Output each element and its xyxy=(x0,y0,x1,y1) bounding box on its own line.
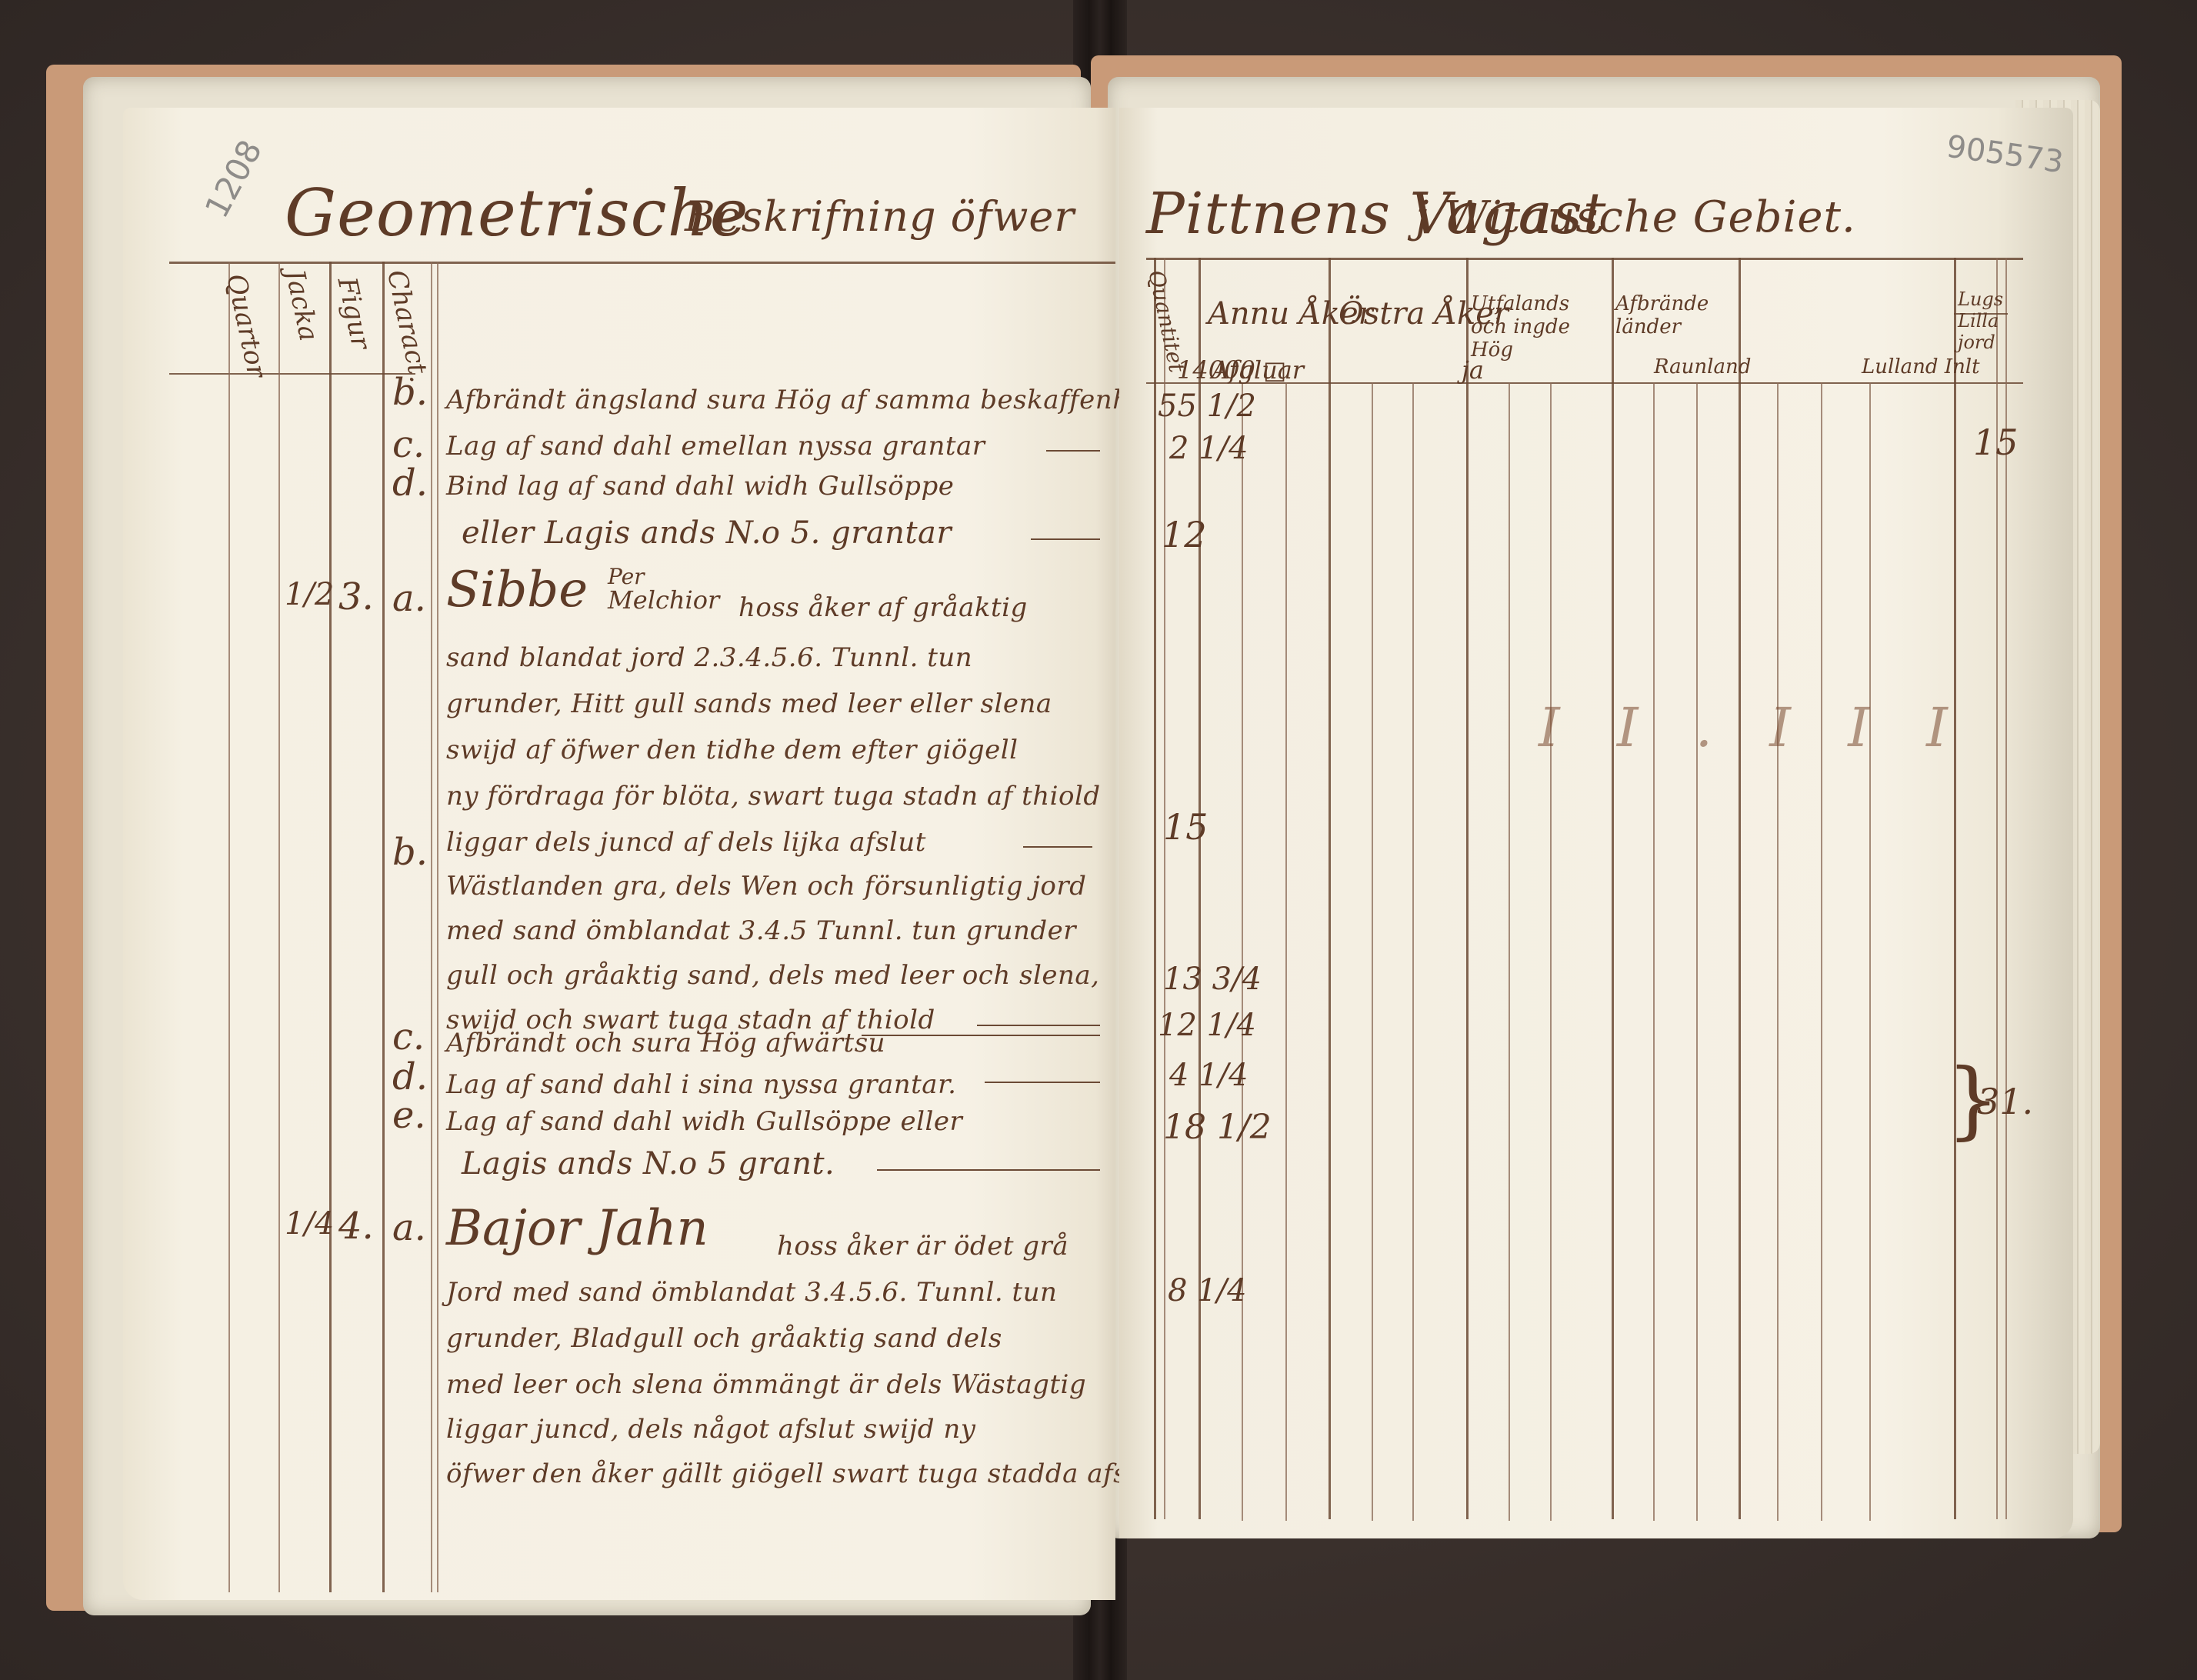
entry-text-line: med leer och slena ömmängt är dels Wästa… xyxy=(446,1369,1086,1400)
area-value: 12 xyxy=(1162,514,1207,555)
right-col-rule xyxy=(1550,382,1552,1521)
area-value: 13 3/4 xyxy=(1163,962,1262,997)
entry-text-line: Wästlanden gra, dels Wen och försunligti… xyxy=(446,871,1086,902)
item-letter: a. xyxy=(392,1206,426,1249)
entry-text-line: Lag af sand dahl i sina nyssa grantar. xyxy=(446,1069,956,1100)
entry-text-line: liggar juncd, dels något afslut swijd ny xyxy=(446,1414,975,1445)
right-col-rule xyxy=(1412,382,1414,1521)
area-value: 55 1/2 xyxy=(1158,388,1256,424)
area-value: 4 1/4 xyxy=(1169,1058,1249,1093)
item-letter: d. xyxy=(392,462,428,505)
item-letter: b. xyxy=(392,831,428,874)
line-end-dash xyxy=(1023,846,1092,848)
left-col-rule xyxy=(329,262,332,1592)
left-col-rule xyxy=(278,262,280,1592)
right-col-rule xyxy=(1739,258,1741,1519)
entry-text-line: eller Lagis ands N.o 5. grantar xyxy=(462,515,952,551)
right-col-rule xyxy=(1372,382,1373,1521)
right-col-sub-afgluar: Afgluar xyxy=(1212,355,1304,385)
entry-text-line: Lag af sand dahl emellan nyssa grantar xyxy=(446,431,985,462)
right-col-rule xyxy=(1954,258,1956,1519)
line-end-dash xyxy=(862,1035,1100,1036)
right-col-rule xyxy=(1696,382,1698,1521)
right-col-rule xyxy=(1329,258,1331,1519)
area-value: 8 1/4 xyxy=(1168,1273,1247,1308)
entry-text-line: öfwer den åker gällt giögell swart tuga … xyxy=(446,1458,1172,1489)
right-col-rule xyxy=(1164,258,1165,1519)
left-col-rule xyxy=(228,262,230,1592)
right-col-rule xyxy=(1777,382,1779,1521)
line-end-dash xyxy=(1031,538,1100,540)
entry-text-line: med sand ömblandat 3.4.5 Tunnl. tun grun… xyxy=(446,915,1076,946)
entry-text-line: hoss åker är ödet grå xyxy=(777,1231,1068,1262)
left-title-main: Geometrische xyxy=(285,175,749,251)
line-end-dash xyxy=(877,1169,1100,1171)
entry-text-line: liggar dels juncd af dels lijka afslut xyxy=(446,827,926,858)
area-value: 2 1/4 xyxy=(1169,431,1249,466)
right-col-rule xyxy=(1612,258,1614,1519)
right-col-rule xyxy=(1653,382,1655,1521)
entry-text-line: gull och gråaktig sand, dels med leer oc… xyxy=(446,960,1099,991)
item-letter: a. xyxy=(392,577,426,620)
right-header-rule-top xyxy=(1146,258,2023,260)
line-end-dash xyxy=(985,1082,1100,1083)
entry-text-line: grunder, Hitt gull sands med leer eller … xyxy=(446,688,1052,719)
right-title-secondary: j Witausche Gebiet. xyxy=(1415,192,1856,242)
item-letter: c. xyxy=(392,1015,425,1058)
entry-number: 4. xyxy=(338,1205,374,1248)
right-col-header-utfalands: Utfalands och ingde Hög xyxy=(1471,292,1609,362)
entry-text-line: ny fördraga för blöta, swart tuga stadn … xyxy=(446,781,1101,812)
item-letter: c. xyxy=(392,423,425,466)
left-title-secondary: Beskrifning öfwer xyxy=(685,192,1075,241)
right-col-rule xyxy=(1154,258,1156,1519)
right-col-sub-raunland: Raunland xyxy=(1654,355,1751,378)
right-col-rule xyxy=(1285,382,1287,1521)
left-header-rule-bottom xyxy=(169,373,415,375)
entry-text-line: swijd af öfwer den tidhe dem efter giöge… xyxy=(446,735,1018,765)
item-letter: e. xyxy=(392,1094,426,1137)
entry-text-line: grunder, Bladgull och gråaktig sand dels xyxy=(446,1323,1002,1354)
entry-text-line: Jord med sand ömblandat 3.4.5.6. Tunnl. … xyxy=(446,1277,1057,1308)
right-col-rule xyxy=(1821,382,1822,1521)
entry-text-line: sand blandat jord 2.3.4.5.6. Tunnl. tun xyxy=(446,642,972,673)
left-col-rule xyxy=(431,262,432,1592)
right-col-sub-ja: ja xyxy=(1462,355,1484,385)
lugs-value: 15 xyxy=(1973,422,2019,463)
bleed-through-marks: I I . I I I xyxy=(1539,696,1968,759)
area-value: 18 1/2 xyxy=(1163,1108,1272,1147)
right-col-header-afbrande: Afbrände länder xyxy=(1615,292,1739,338)
entry-name: Sibbe xyxy=(446,562,588,618)
entry-text-line: Afbrändt och sura Hög afwärtsu xyxy=(446,1028,885,1058)
lugs-total-value: 31. xyxy=(1977,1081,2033,1122)
entry-text-line: Lagis ands N.o 5 grant. xyxy=(462,1146,835,1182)
line-end-dash xyxy=(1046,450,1100,452)
entry-text-line: Afbrändt ängsland sura Hög af samma besk… xyxy=(446,385,1156,415)
entry-fraction: 1/4 xyxy=(285,1206,334,1242)
right-col-sub-lulland: Lulland Inlt xyxy=(1862,355,1980,378)
entry-given-name-2: Melchior xyxy=(608,588,719,612)
left-col-rule xyxy=(437,262,438,1592)
area-value: 15 xyxy=(1163,806,1209,848)
entry-number: 3. xyxy=(338,575,374,618)
left-header-rule-top xyxy=(169,262,1115,264)
right-col-rule xyxy=(1242,382,1243,1521)
right-col-rule xyxy=(1509,382,1510,1521)
item-letter: d. xyxy=(392,1055,428,1098)
right-col-rule xyxy=(1466,258,1469,1519)
entry-name: Bajor Jahn xyxy=(446,1200,708,1257)
area-value: 12 1/4 xyxy=(1158,1008,1256,1043)
left-col-rule xyxy=(382,262,385,1592)
item-letter: b. xyxy=(392,371,428,414)
entry-text-line: Lag af sand dahl widh Gullsöppe eller xyxy=(446,1106,962,1137)
entry-text-line: hoss åker af gråaktig xyxy=(738,592,1028,623)
entry-text-line: Bind lag af sand dahl widh Gullsöppe xyxy=(446,471,954,502)
right-col-rule xyxy=(1869,382,1871,1521)
line-end-dash xyxy=(977,1025,1100,1026)
entry-fraction: 1/2 xyxy=(285,577,334,612)
right-col-header-lugs: Lugs Lilla jord xyxy=(1958,288,2012,353)
